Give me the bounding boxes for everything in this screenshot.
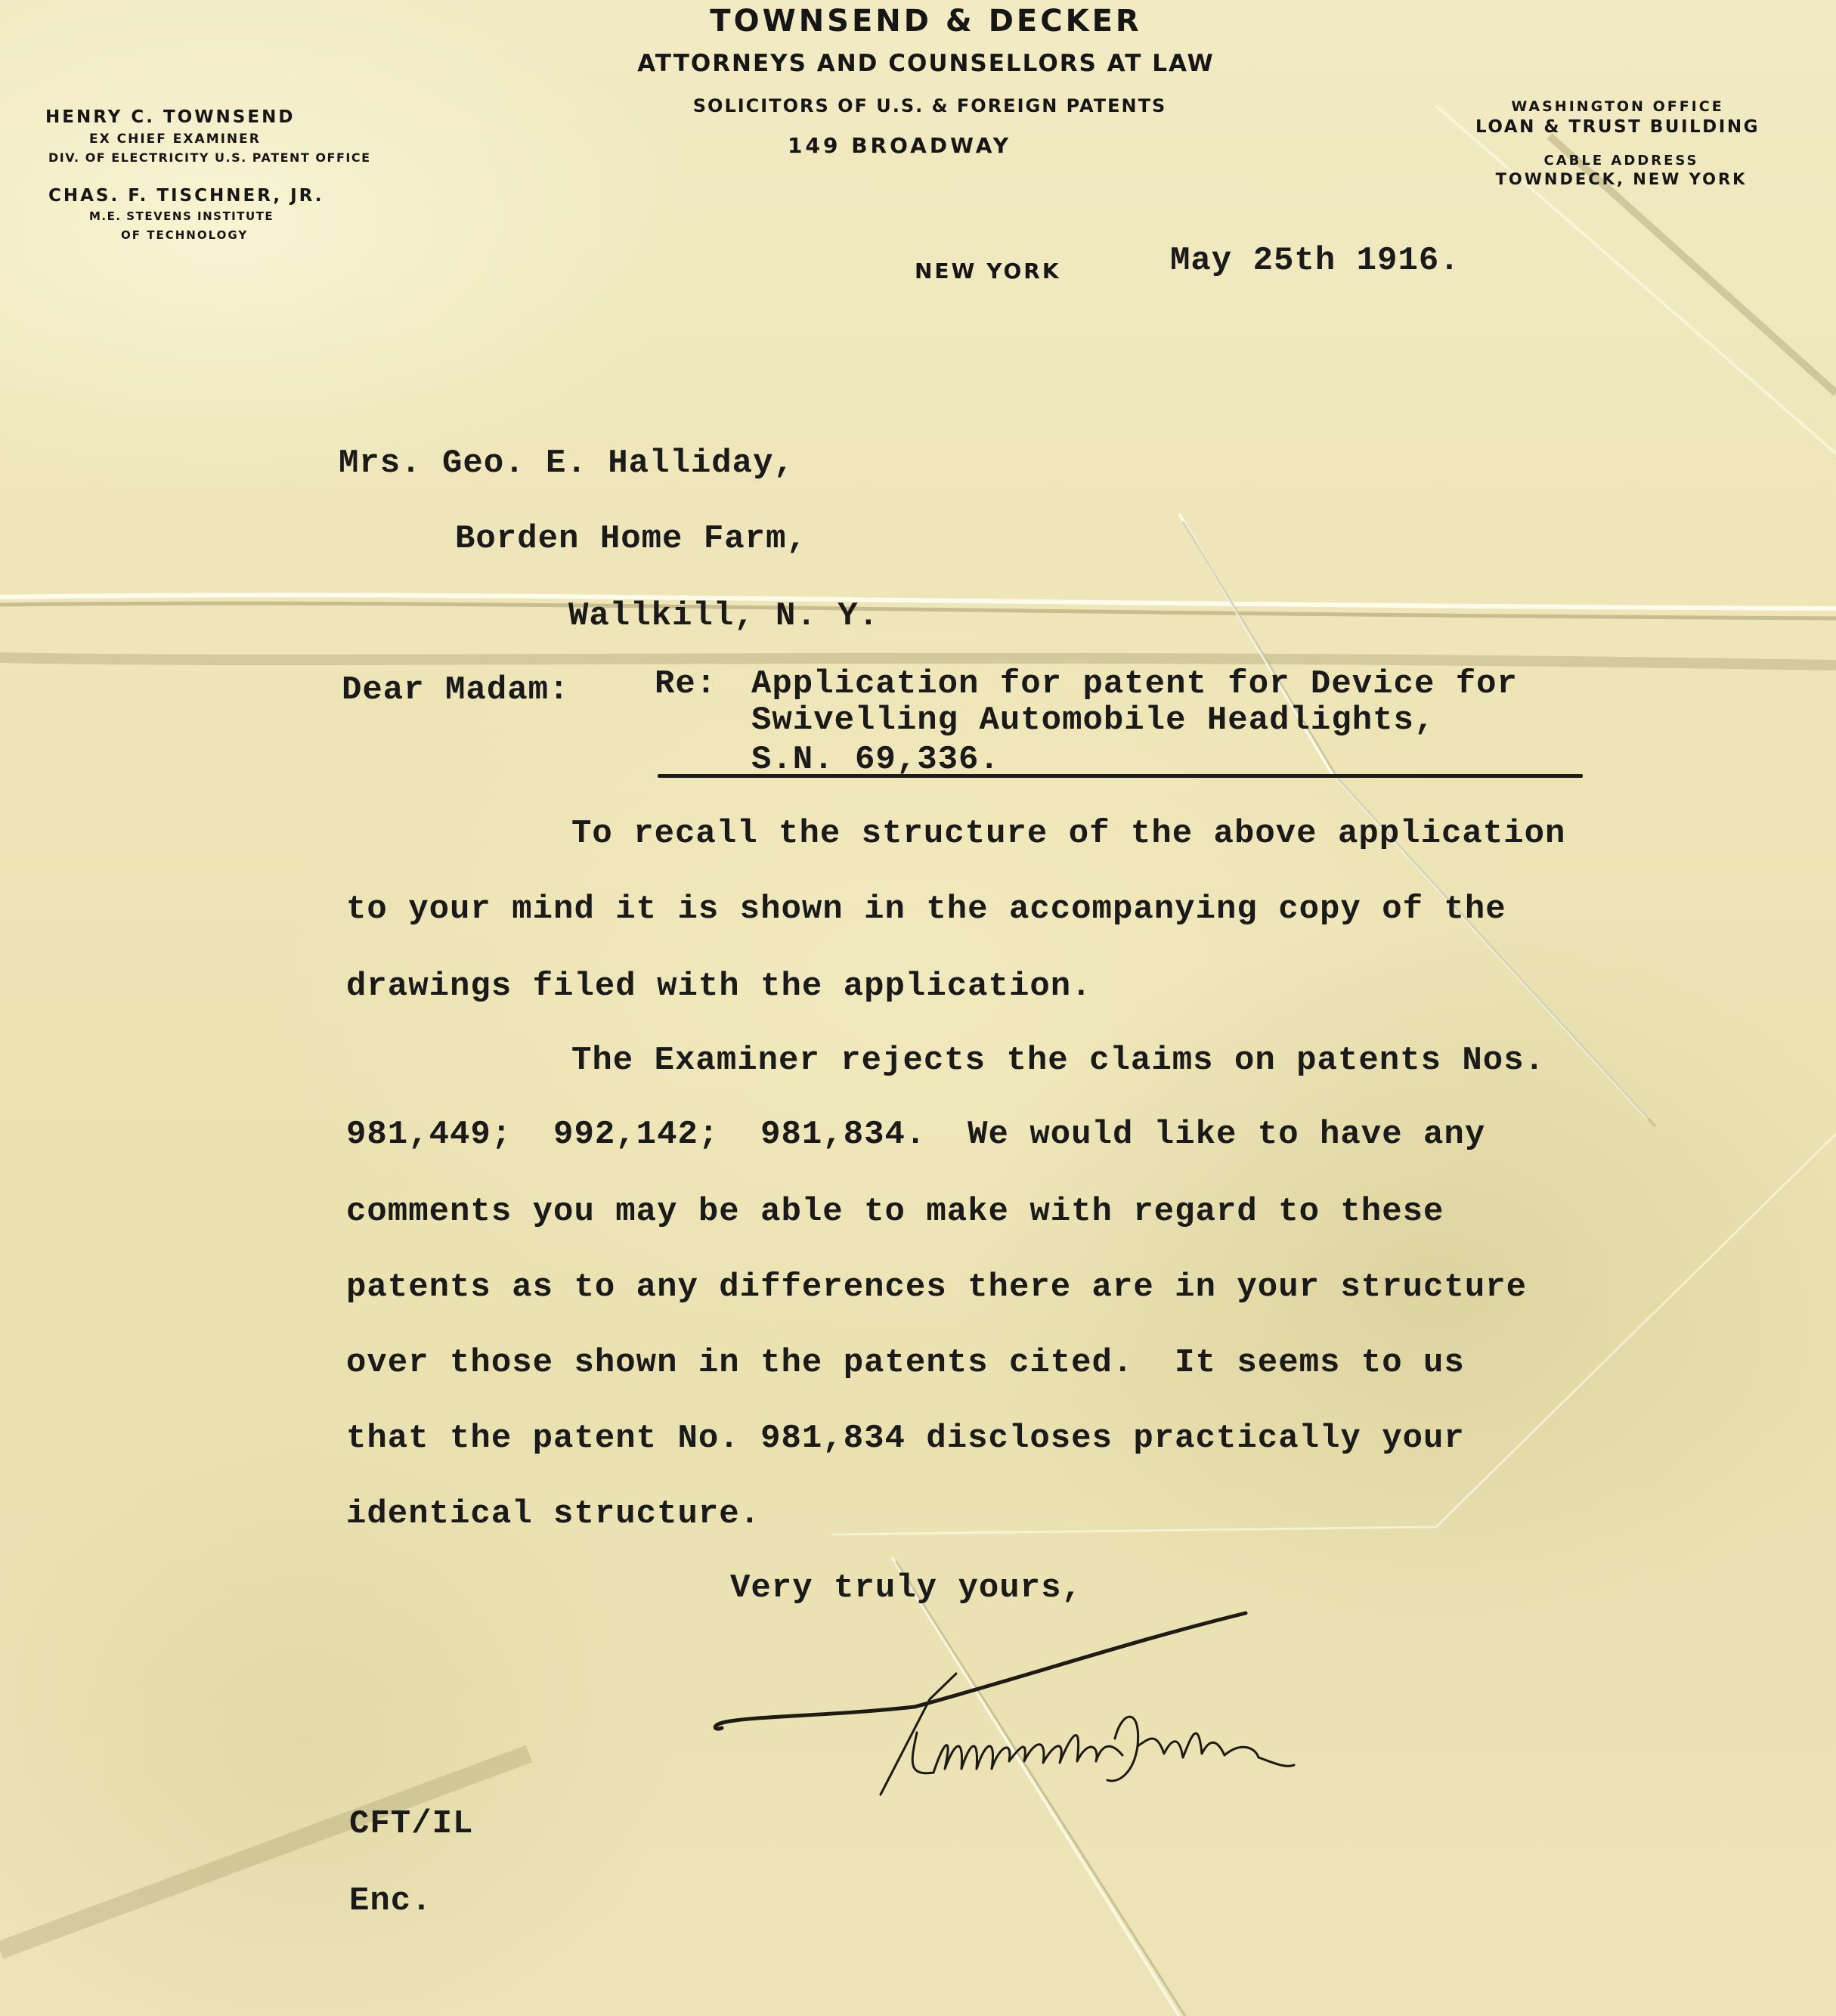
reference-initials: CFT/IL <box>349 1805 473 1843</box>
signature-townsend-decker <box>0 0 1836 2016</box>
enclosure-note: Enc. <box>349 1882 432 1920</box>
